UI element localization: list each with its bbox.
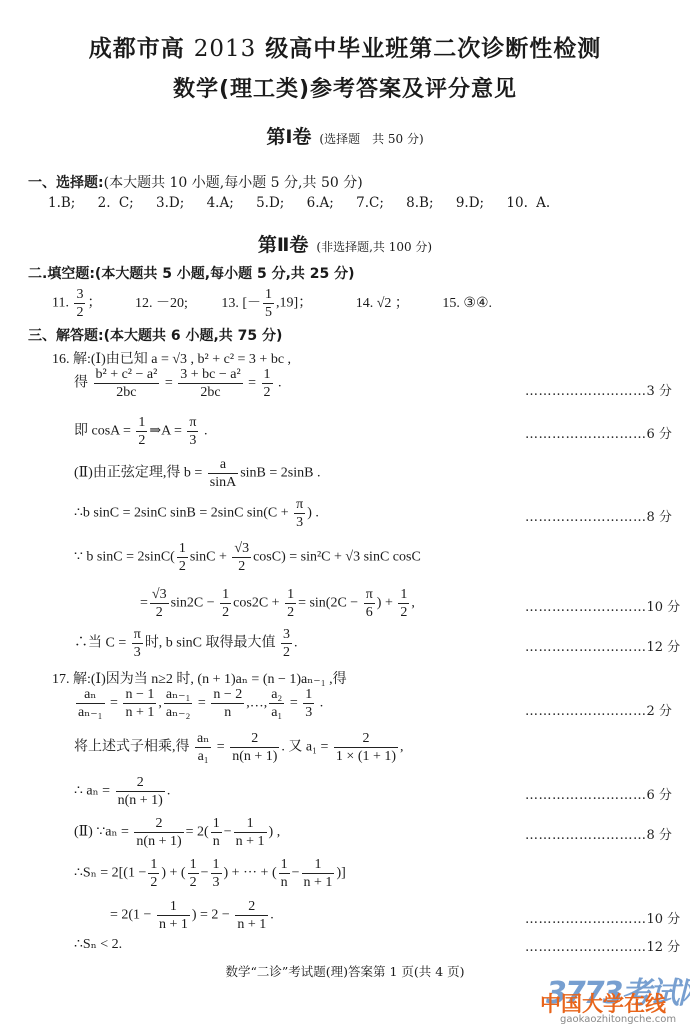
denominator: 2 — [262, 384, 273, 401]
denominator: 2 — [398, 604, 409, 621]
answer-6: 6.A; — [307, 195, 334, 211]
fraction: 2n(n + 1) — [230, 730, 279, 765]
answer-3: 3.D; — [156, 195, 184, 211]
section-2-title: 二.填空题:(本大题共 5 小题,每小题 5 分,共 25 分) — [28, 266, 355, 282]
text: ) . — [307, 506, 319, 521]
volume-1-note: (选择题 共 50 分) — [319, 132, 423, 146]
text: . — [294, 636, 298, 651]
answer-7: 7.C; — [356, 195, 384, 211]
answer-9: 9.D; — [456, 195, 484, 211]
q17-line-5: (Ⅱ) ∵aₙ = 2n(n + 1)= 2(1n−1n + 1) , — [74, 815, 280, 850]
numerator: 3 — [74, 286, 85, 304]
text: ,…, — [246, 696, 267, 711]
text: . — [270, 908, 274, 923]
q12-answer: 12. －20; — [135, 296, 188, 311]
fraction: 2n + 1 — [235, 898, 268, 933]
denominator: a₁ — [269, 704, 284, 721]
text: ∴当 C = — [74, 636, 126, 651]
fraction: 12 — [262, 366, 273, 401]
q17-line-1: 17. 解:(Ⅰ)因为当 n≥2 时, (n + 1)aₙ = (n − 1)a… — [52, 668, 347, 688]
score-value: 12 分 — [647, 940, 681, 955]
section-1-heading: 一、选择题:(本大题共 10 小题,每小题 5 分,共 50 分) — [28, 172, 363, 192]
denominator: n(n + 1) — [230, 748, 279, 765]
volume-2-heading: 第Ⅱ卷(非选择题,共 100 分) — [0, 230, 690, 257]
fraction: 21 × (1 + 1) — [334, 730, 398, 765]
denominator: 2 — [285, 604, 296, 621]
fraction: 1n — [279, 856, 290, 891]
fraction: 12 — [188, 856, 199, 891]
fraction: 13 — [211, 856, 222, 891]
document-title: 成都市高 2013 级高中毕业班第二次诊断性检测 — [0, 30, 690, 63]
denominator: n + 1 — [157, 916, 190, 933]
text: , — [411, 596, 415, 611]
numerator: π — [364, 586, 375, 604]
numerator: 3 — [281, 626, 292, 644]
denominator: 6 — [364, 604, 375, 621]
volume-1-label: 第Ⅰ卷 — [266, 126, 311, 148]
numerator: 2 — [334, 730, 398, 748]
text: ) + — [377, 596, 393, 611]
text: ∵ b sinC = 2sinC( — [74, 550, 175, 565]
answer-8: 8.B; — [406, 195, 433, 211]
numerator: 2 — [134, 815, 183, 833]
denominator: n + 1 — [123, 704, 156, 721]
q11-end: ； — [87, 296, 101, 311]
text: − — [292, 866, 300, 881]
score-marker: ………………………3 分 — [525, 380, 672, 399]
denominator: 5 — [263, 304, 274, 321]
text: 时, b sinC 取得最大值 — [145, 636, 276, 651]
q17-line-2: aₙaₙ₋₁ = n − 1n + 1,aₙ₋₁aₙ₋₂ = n − 2n,…,… — [74, 686, 323, 721]
numerator: aₙ — [195, 730, 211, 748]
denominator: 2 — [148, 874, 159, 891]
text: ) + ··· + ( — [224, 866, 277, 881]
fraction: 12 — [285, 586, 296, 621]
text: 即 cosA = — [74, 424, 131, 439]
q16-line-6: ∵ b sinC = 2sinC(12sinC + √32cosC) = sin… — [74, 540, 421, 575]
q16-line-4: (Ⅱ)由正弦定理,得 b = asinAsinB = 2sinB . — [74, 456, 320, 491]
leader-dots: ……………………… — [525, 384, 647, 399]
q16-line-1: 16. 解:(Ⅰ)由已知 a = √3 , b² + c² = 3 + bc , — [52, 348, 291, 368]
leader-dots: ……………………… — [525, 788, 647, 803]
text: − — [224, 825, 232, 840]
fraction: n − 1n + 1 — [123, 686, 156, 721]
denominator: 2 — [74, 304, 85, 321]
numerator: π — [132, 626, 143, 644]
denominator: a₁ — [195, 748, 211, 765]
q16-line-7: =√32sin2C − 12cos2C + 12= sin(2C − π6) +… — [140, 586, 415, 621]
fraction: π3 — [294, 496, 305, 531]
fraction: 13 — [303, 686, 314, 721]
numerator: 1 — [398, 586, 409, 604]
section-2-heading: 二.填空题:(本大题共 5 小题,每小题 5 分,共 25 分) — [28, 263, 355, 283]
fraction: π3 — [132, 626, 143, 661]
text: = 2(1 − — [110, 908, 151, 923]
title-year: 2013 — [194, 36, 257, 62]
text: ∴Sₙ = 2[(1 − — [74, 866, 146, 881]
fraction: n − 2n — [211, 686, 244, 721]
answer-10: 10. A. — [506, 195, 550, 211]
leader-dots: ……………………… — [525, 912, 647, 927]
score-value: 10 分 — [647, 600, 681, 615]
text: . 又 a₁ = — [281, 740, 328, 755]
denominator: 2 — [188, 874, 199, 891]
fraction: 2n(n + 1) — [116, 774, 165, 809]
text: sin2C − — [171, 596, 215, 611]
numerator: a₂ — [269, 686, 284, 704]
denominator: 2 — [177, 558, 188, 575]
fraction: √32 — [232, 540, 251, 575]
denominator: 3 — [132, 644, 143, 661]
denominator: n — [211, 833, 222, 850]
score-value: 6 分 — [647, 427, 672, 442]
denominator: 3 — [294, 514, 305, 531]
score-value: 10 分 — [647, 912, 681, 927]
score-marker: ………………………8 分 — [525, 506, 672, 525]
numerator: 1 — [188, 856, 199, 874]
fraction: a₂a₁ — [269, 686, 284, 721]
leader-dots: ……………………… — [525, 704, 647, 719]
denominator: 3 — [211, 874, 222, 891]
q16-line-2: 得 b² + c² − a²2bc = 3 + bc − a²2bc = 12 … — [74, 366, 282, 401]
fraction: 2n(n + 1) — [134, 815, 183, 850]
denominator: 3 — [303, 704, 314, 721]
q16-line-5: ∴b sinC = 2sinC sinB = 2sinC sin(C + π3)… — [74, 496, 319, 531]
fraction: 1n + 1 — [157, 898, 190, 933]
text: − — [201, 866, 209, 881]
score-marker: ………………………10 分 — [525, 908, 680, 927]
q17-line-7: = 2(1 − 1n + 1) = 2 − 2n + 1. — [110, 898, 274, 933]
numerator: 1 — [263, 286, 274, 304]
answer-4: 4.A; — [207, 195, 234, 211]
numerator: 1 — [303, 686, 314, 704]
numerator: 1 — [234, 815, 267, 833]
denominator: n(n + 1) — [134, 833, 183, 850]
watermark-url: gaokaozhitongche.com — [560, 1014, 676, 1025]
score-marker: ………………………8 分 — [525, 824, 672, 843]
text: 将上述式子相乘,得 — [74, 740, 190, 755]
denominator: 2 — [232, 558, 251, 575]
fraction: 12 — [148, 856, 159, 891]
q17-line-6: ∴Sₙ = 2[(1 −12) + (12−13) + ··· + (1n−1n… — [74, 856, 346, 891]
fraction: asinA — [208, 456, 238, 491]
answer-1: 1.B; — [48, 195, 75, 211]
fraction: √32 — [150, 586, 169, 621]
fill-in-answers: 11. 32； 12. －20; 13. [－15,19]； 14. √2 ； … — [52, 286, 492, 321]
leader-dots: ……………………… — [525, 940, 647, 955]
numerator: 1 — [302, 856, 335, 874]
text: = sin(2C − — [298, 596, 358, 611]
denominator: sinA — [208, 474, 238, 491]
score-marker: ………………………10 分 — [525, 596, 680, 615]
score-marker: ………………………12 分 — [525, 636, 680, 655]
numerator: 1 — [211, 815, 222, 833]
volume-1-heading: 第Ⅰ卷(选择题 共 50 分) — [0, 122, 690, 149]
numerator: n − 1 — [123, 686, 156, 704]
denominator: 1 × (1 + 1) — [334, 748, 398, 765]
section-1-desc: (本大题共 10 小题,每小题 5 分,共 50 分) — [104, 175, 363, 191]
score-marker: ………………………2 分 — [525, 700, 672, 719]
site-watermark: 3773考试网 中国大学在线 gaokaozhitongche.com — [540, 968, 690, 1028]
q17-line-8: ∴Sₙ < 2. — [74, 936, 122, 953]
score-marker: ………………………12 分 — [525, 936, 680, 955]
denominator: 2 — [150, 604, 169, 621]
denominator: aₙ₋₁ — [76, 704, 105, 721]
title-suffix: 级高中毕业班第二次诊断性检测 — [265, 36, 601, 62]
fraction: 12 — [220, 586, 231, 621]
answer-5: 5.D; — [256, 195, 284, 211]
score-value: 3 分 — [647, 384, 672, 399]
q11-label: 11. — [52, 296, 69, 311]
numerator: 2 — [116, 774, 165, 792]
q16-line-8: ∴当 C = π3时, b sinC 取得最大值 32. — [74, 626, 298, 661]
mc-answers: 1.B; 2. C; 3.D; 4.A; 5.D; 6.A; 7.C; 8.B;… — [48, 195, 564, 211]
fraction: 3 + bc − a²2bc — [178, 366, 242, 401]
denominator: n + 1 — [234, 833, 267, 850]
fraction: π6 — [364, 586, 375, 621]
answer-2: 2. C; — [98, 195, 134, 211]
text: = — [140, 596, 148, 611]
q13-label: 13. [－ — [221, 296, 261, 311]
text: sinC + — [190, 550, 227, 565]
denominator: n — [279, 874, 290, 891]
text: )] — [336, 866, 345, 881]
fraction: aₙaₙ₋₁ — [76, 686, 105, 721]
q17-line-3: 将上述式子相乘,得 aₙa₁ = 2n(n + 1). 又 a₁ = 21 × … — [74, 730, 404, 765]
section-1-title: 一、选择题: — [28, 175, 104, 191]
score-value: 8 分 — [647, 510, 672, 525]
fraction: 1n + 1 — [234, 815, 267, 850]
text: ∴b sinC = 2sinC sinB = 2sinC sin(C + — [74, 506, 289, 521]
numerator: 2 — [235, 898, 268, 916]
numerator: 1 — [279, 856, 290, 874]
numerator: 1 — [177, 540, 188, 558]
q13-fraction: 15 — [263, 286, 274, 321]
text: sinB = 2sinB . — [240, 466, 320, 481]
numerator: aₙ₋₁ — [164, 686, 193, 704]
numerator: b² + c² − a² — [94, 366, 160, 384]
q14-answer: 14. √2 ； — [356, 296, 409, 311]
text: = 2( — [186, 825, 209, 840]
numerator: √3 — [150, 586, 169, 604]
numerator: 1 — [157, 898, 190, 916]
fraction: aₙa₁ — [195, 730, 211, 765]
text: , — [400, 740, 404, 755]
denominator: 2 — [281, 644, 292, 661]
text: (Ⅱ) ∵aₙ = — [74, 825, 129, 840]
q11-fraction: 32 — [74, 286, 85, 321]
denominator: n — [211, 704, 244, 721]
volume-2-label: 第Ⅱ卷 — [258, 234, 309, 256]
text: ⇒A = — [149, 424, 181, 439]
volume-2-note: (非选择题,共 100 分) — [316, 240, 432, 254]
leader-dots: ……………………… — [525, 600, 647, 615]
fraction: b² + c² − a²2bc — [94, 366, 160, 401]
fraction: π3 — [187, 414, 198, 449]
document-subtitle: 数学(理工类)参考答案及评分意见 — [0, 72, 690, 103]
denominator: 2bc — [94, 384, 160, 401]
fraction: 1n — [211, 815, 222, 850]
fraction: 32 — [281, 626, 292, 661]
leader-dots: ……………………… — [525, 510, 647, 525]
text: (Ⅱ)由正弦定理,得 b = — [74, 466, 202, 481]
fraction: 12 — [136, 414, 147, 449]
score-value: 8 分 — [647, 828, 672, 843]
numerator: 1 — [262, 366, 273, 384]
fraction: 12 — [398, 586, 409, 621]
q16-line-3: 即 cosA = 12⇒A = π3 . — [74, 414, 207, 449]
q17-line-4: ∴ aₙ = 2n(n + 1). — [74, 774, 170, 809]
numerator: 1 — [211, 856, 222, 874]
score-marker: ………………………6 分 — [525, 784, 672, 803]
score-value: 6 分 — [647, 788, 672, 803]
section-3-title: 三、解答题:(本大题共 6 小题,共 75 分) — [28, 328, 282, 344]
numerator: a — [208, 456, 238, 474]
denominator: 2 — [220, 604, 231, 621]
numerator: √3 — [232, 540, 251, 558]
text: ) , — [269, 825, 281, 840]
numerator: 1 — [220, 586, 231, 604]
denominator: n + 1 — [302, 874, 335, 891]
fraction: 1n + 1 — [302, 856, 335, 891]
denominator: aₙ₋₂ — [164, 704, 193, 721]
fraction: aₙ₋₁aₙ₋₂ — [164, 686, 193, 721]
denominator: n + 1 — [235, 916, 268, 933]
q13-end: ,19]； — [276, 296, 312, 311]
score-value: 2 分 — [647, 704, 672, 719]
numerator: 2 — [230, 730, 279, 748]
title-prefix: 成都市高 — [89, 36, 185, 62]
text: cos2C + — [233, 596, 279, 611]
numerator: 1 — [136, 414, 147, 432]
numerator: aₙ — [76, 686, 105, 704]
text: ) = 2 − — [192, 908, 230, 923]
leader-dots: ……………………… — [525, 828, 647, 843]
numerator: 3 + bc − a² — [178, 366, 242, 384]
denominator: n(n + 1) — [116, 792, 165, 809]
numerator: 1 — [285, 586, 296, 604]
denominator: 2bc — [178, 384, 242, 401]
text: ∴ aₙ = — [74, 784, 110, 799]
numerator: π — [187, 414, 198, 432]
q15-answer: 15. ③④. — [442, 296, 492, 311]
numerator: 1 — [148, 856, 159, 874]
section-3-heading: 三、解答题:(本大题共 6 小题,共 75 分) — [28, 325, 282, 345]
leader-dots: ……………………… — [525, 427, 647, 442]
text: ) + ( — [161, 866, 185, 881]
score-value: 12 分 — [647, 640, 681, 655]
fraction: 12 — [177, 540, 188, 575]
text: cosC) = sin²C + √3 sinC cosC — [253, 550, 421, 565]
text: . — [167, 784, 171, 799]
denominator: 3 — [187, 432, 198, 449]
text: 得 — [74, 376, 88, 391]
numerator: n − 2 — [211, 686, 244, 704]
leader-dots: ……………………… — [525, 640, 647, 655]
denominator: 2 — [136, 432, 147, 449]
score-marker: ………………………6 分 — [525, 423, 672, 442]
numerator: π — [294, 496, 305, 514]
